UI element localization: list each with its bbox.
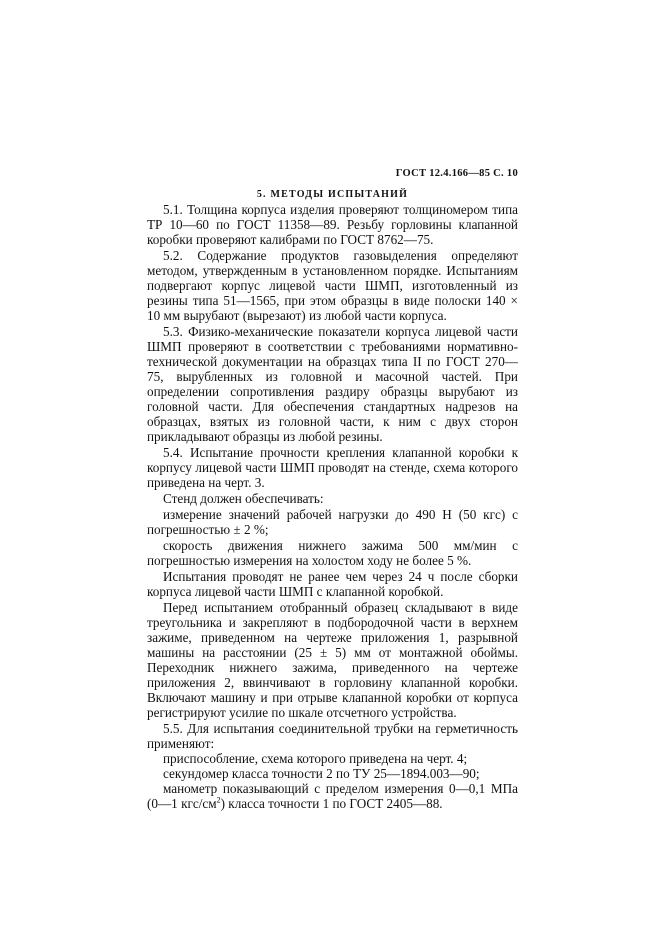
section-title: 5. МЕТОДЫ ИСПЫТАНИЙ: [147, 187, 518, 202]
section-body: 5.1. Толщина корпуса изделия проверяют т…: [147, 202, 518, 811]
running-header: ГОСТ 12.4.166—85 С. 10: [396, 166, 518, 181]
paragraph-manometer: манометр показывающий с пределом измерен…: [147, 781, 518, 811]
paragraph-fixture: приспособление, схема которого приведена…: [147, 751, 518, 766]
paragraph-5-1: 5.1. Толщина корпуса изделия проверяют т…: [147, 202, 518, 247]
paragraph-test-procedure: Перед испытанием отобранный образец скла…: [147, 600, 518, 720]
paragraph-5-3: 5.3. Физико-механические показатели корп…: [147, 324, 518, 444]
paragraph-test-timing: Испытания проводят не ранее чем через 24…: [147, 569, 518, 599]
paragraph-5-2: 5.2. Содержание продуктов газовыделения …: [147, 248, 518, 323]
paragraph-5-5: 5.5. Для испытания соединительной трубки…: [147, 721, 518, 751]
paragraph-stopwatch: секундомер класса точности 2 по ТУ 25—18…: [147, 766, 518, 781]
paragraph-stand-load: измерение значений рабочей нагрузки до 4…: [147, 507, 518, 537]
manometer-text-b: ) класса точности 1 по ГОСТ 2405—88.: [221, 796, 443, 811]
paragraph-stand-speed: скорость движения нижнего зажима 500 мм/…: [147, 538, 518, 568]
paragraph-stand-intro: Стенд должен обеспечивать:: [147, 491, 518, 506]
paragraph-5-4: 5.4. Испытание прочности крепления клапа…: [147, 445, 518, 490]
